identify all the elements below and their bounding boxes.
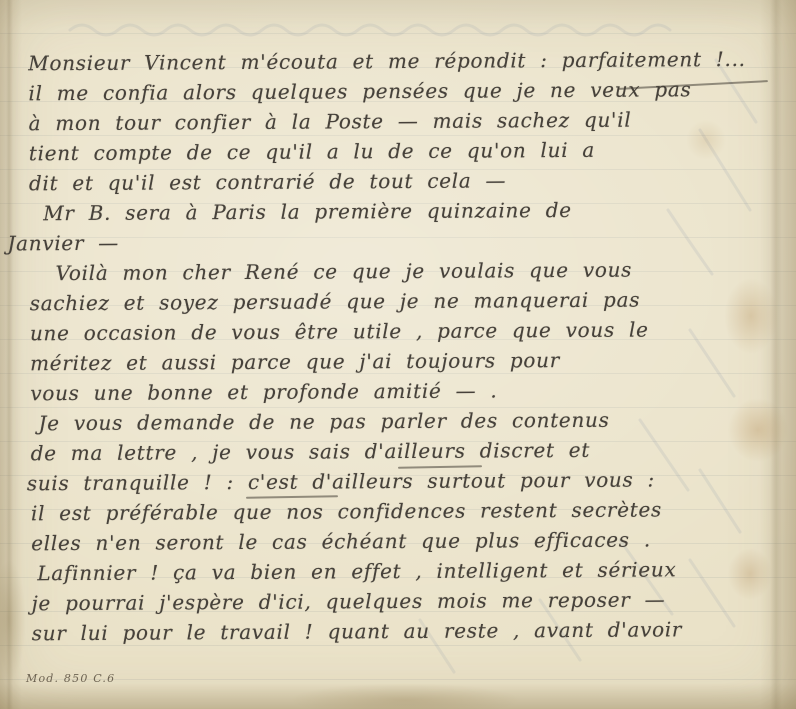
- letter-line: Lafinnier ! ça va bien en effet , intell…: [37, 554, 783, 589]
- letter-line: Je vous demande de ne pas parler des con…: [38, 404, 782, 439]
- letter-line: tient compte de ce qu'il a lu de ce qu'o…: [29, 134, 781, 169]
- letter-line: Voilà mon cher René ce que je voulais qu…: [55, 254, 781, 288]
- letter-body: Monsieur Vincent m'écouta et me répondit…: [28, 44, 784, 649]
- letter-line: sur lui pour le travail ! quant au reste…: [32, 614, 784, 649]
- letter-line: Mr B. sera à Paris la première quinzaine…: [43, 194, 781, 229]
- letter-line: suis tranquille ! : c'est d'ailleurs sur…: [27, 464, 783, 499]
- letter-line: il est préférable que nos confidences re…: [31, 494, 783, 529]
- printed-form-number: Mod. 850 C.6: [26, 672, 115, 685]
- letter-line: Monsieur Vincent m'écouta et me répondit…: [28, 44, 780, 79]
- letter-line: sachiez et soyez persuadé que je ne manq…: [30, 284, 782, 319]
- letter-line: à mon tour confier à la Poste — mais sac…: [29, 104, 781, 139]
- letter-line: il me confia alors quelques pensées que …: [28, 74, 780, 109]
- letter-line: Janvier —: [7, 224, 781, 259]
- letter-line: vous une bonne et profonde amitié — .: [30, 374, 782, 409]
- letter-line: dit et qu'il est contrarié de tout cela …: [29, 164, 781, 199]
- letter-page: Monsieur Vincent m'écouta et me répondit…: [0, 0, 796, 709]
- paper-stain: [0, 560, 26, 680]
- letter-line: une occasion de vous être utile , parce …: [30, 314, 782, 349]
- letter-line: méritez et aussi parce que j'ai toujours…: [30, 344, 782, 379]
- paper-stain: [290, 683, 520, 709]
- letter-line: elles n'en seront le cas échéant que plu…: [31, 524, 783, 559]
- letter-line: je pourrai j'espère d'ici, quelques mois…: [31, 584, 783, 619]
- letter-line: de ma lettre , je vous sais d'ailleurs d…: [31, 434, 783, 469]
